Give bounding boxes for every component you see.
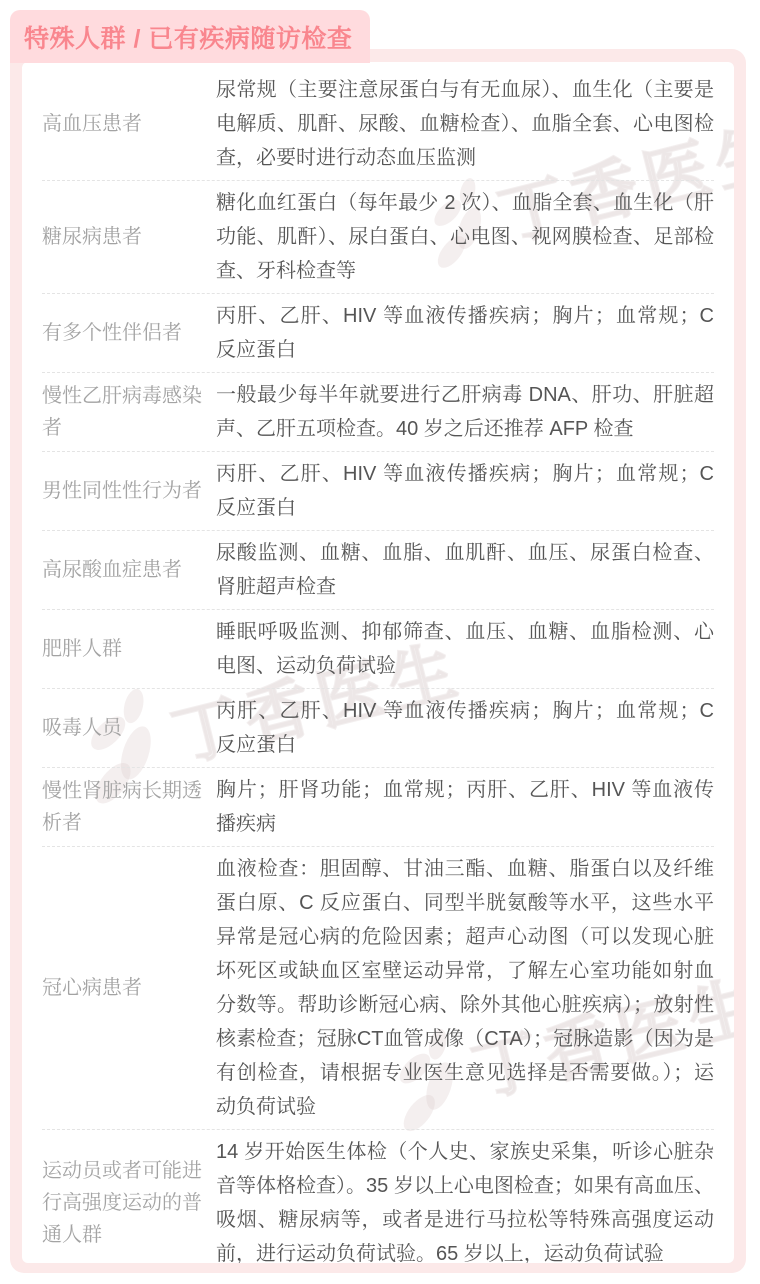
population-group-label: 高尿酸血症患者 (42, 554, 204, 586)
table-row: 肥胖人群 睡眠呼吸监测、抑郁筛查、血压、血糖、血脂检测、心电图、运动负荷试验 (42, 610, 714, 689)
pink-panel: 丁香医生 丁香医生 (10, 49, 746, 1273)
population-group-label: 男性同性性行为者 (42, 475, 204, 507)
exam-items-text: 丙肝、乙肝、HIV 等血液传播疾病；胸片；血常规；C 反应蛋白 (216, 694, 714, 762)
page-title: 特殊人群 / 已有疾病随访检查 (24, 19, 352, 55)
exam-items-text: 血液检查：胆固醇、甘油三酯、血糖、脂蛋白以及纤维蛋白原、C 反应蛋白、同型半胱氨… (216, 852, 714, 1124)
population-group-label: 慢性乙肝病毒感染者 (42, 380, 204, 444)
table-row: 糖尿病患者 糖化血红蛋白（每年最少 2 次）、血脂全套、血生化（肝功能、肌酐）、… (42, 181, 714, 294)
population-group-label: 高血压患者 (42, 108, 204, 140)
followup-table: 高血压患者 尿常规（主要注意尿蛋白与有无血尿）、血生化（主要是电解质、肌酐、尿酸… (42, 68, 714, 1263)
population-group-label: 冠心病患者 (42, 972, 204, 1004)
exam-items-text: 糖化血红蛋白（每年最少 2 次）、血脂全套、血生化（肝功能、肌酐）、尿白蛋白、心… (216, 186, 714, 288)
followup-table-card: 丁香医生 丁香医生 (22, 62, 734, 1263)
table-row: 有多个性伴侣者 丙肝、乙肝、HIV 等血液传播疾病；胸片；血常规；C 反应蛋白 (42, 294, 714, 373)
exam-items-text: 丙肝、乙肝、HIV 等血液传播疾病；胸片；血常规；C 反应蛋白 (216, 299, 714, 367)
exam-items-text: 胸片；肝肾功能；血常规；丙肝、乙肝、HIV 等血液传播疾病 (216, 773, 714, 841)
section-title-badge: 特殊人群 / 已有疾病随访检查 (10, 10, 370, 63)
exam-items-text: 睡眠呼吸监测、抑郁筛查、血压、血糖、血脂检测、心电图、运动负荷试验 (216, 615, 714, 683)
exam-items-text: 尿酸监测、血糖、血脂、血肌酐、血压、尿蛋白检查、肾脏超声检查 (216, 536, 714, 604)
exam-items-text: 一般最少每半年就要进行乙肝病毒 DNA、肝功、肝脏超声、乙肝五项检查。40 岁之… (216, 378, 714, 446)
population-group-label: 有多个性伴侣者 (42, 317, 204, 349)
table-row: 高尿酸血症患者 尿酸监测、血糖、血脂、血肌酐、血压、尿蛋白检查、肾脏超声检查 (42, 531, 714, 610)
population-group-label: 运动员或者可能进行高强度运动的普通人群 (42, 1155, 204, 1251)
exam-items-text: 14 岁开始医生体检（个人史、家族史采集，听诊心脏杂音等体格检查）。35 岁以上… (216, 1135, 714, 1263)
table-row: 慢性肾脏病长期透析者 胸片；肝肾功能；血常规；丙肝、乙肝、HIV 等血液传播疾病 (42, 768, 714, 847)
population-group-label: 吸毒人员 (42, 712, 204, 744)
table-row: 高血压患者 尿常规（主要注意尿蛋白与有无血尿）、血生化（主要是电解质、肌酐、尿酸… (42, 68, 714, 181)
infographic-page: 特殊人群 / 已有疾病随访检查 丁香医生 (0, 0, 760, 1284)
population-group-label: 肥胖人群 (42, 633, 204, 665)
exam-items-text: 尿常规（主要注意尿蛋白与有无血尿）、血生化（主要是电解质、肌酐、尿酸、血糖检查）… (216, 73, 714, 175)
table-row: 吸毒人员 丙肝、乙肝、HIV 等血液传播疾病；胸片；血常规；C 反应蛋白 (42, 689, 714, 768)
population-group-label: 慢性肾脏病长期透析者 (42, 775, 204, 839)
table-row: 男性同性性行为者 丙肝、乙肝、HIV 等血液传播疾病；胸片；血常规；C 反应蛋白 (42, 452, 714, 531)
table-row: 慢性乙肝病毒感染者 一般最少每半年就要进行乙肝病毒 DNA、肝功、肝脏超声、乙肝… (42, 373, 714, 452)
exam-items-text: 丙肝、乙肝、HIV 等血液传播疾病；胸片；血常规；C 反应蛋白 (216, 457, 714, 525)
table-row: 冠心病患者 血液检查：胆固醇、甘油三酯、血糖、脂蛋白以及纤维蛋白原、C 反应蛋白… (42, 847, 714, 1130)
population-group-label: 糖尿病患者 (42, 221, 204, 253)
table-row: 运动员或者可能进行高强度运动的普通人群 14 岁开始医生体检（个人史、家族史采集… (42, 1130, 714, 1263)
